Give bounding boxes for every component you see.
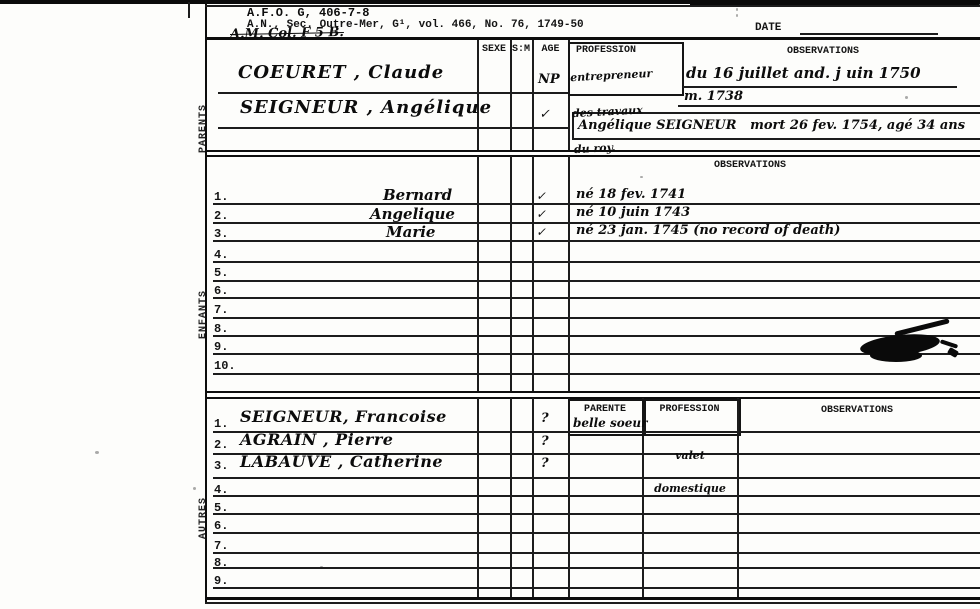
enfants-row-number: 1.: [214, 190, 228, 204]
autre-profession-value: valet domestique: [644, 428, 736, 516]
child-name: Angelique: [370, 205, 455, 223]
autre-name: AGRAIN , Pierre: [240, 430, 393, 449]
col-header-age: AGE: [533, 44, 568, 55]
row-line: [213, 261, 980, 263]
mother-observation: Angélique SEIGNEUR mort 26 fev. 1754, ag…: [578, 118, 965, 133]
row-line: [213, 477, 980, 479]
section-label-autres: AUTRES: [198, 497, 209, 539]
parents-obs-line2: [678, 105, 980, 107]
autre-age-mark: ?: [541, 411, 549, 426]
col-rule: [532, 156, 534, 391]
col-header-sexe: SEXE: [478, 44, 510, 55]
section-label-enfants: ENFANTS: [198, 290, 209, 339]
row-line: [213, 297, 980, 299]
mother-age-checkmark: ✓: [538, 107, 552, 122]
autres-row-number: 9.: [214, 574, 228, 588]
enfants-row-number: 6.: [214, 284, 228, 298]
autre-profession-line1: valet: [644, 450, 736, 461]
autre-parente-value: belle soeur: [573, 416, 647, 430]
scanned-record-card: A.F.O. G, 406-7-8 A.N., Sec. Outre-Mer, …: [0, 0, 980, 609]
child-checkmark: ✓: [536, 225, 549, 239]
col-rule: [568, 156, 570, 391]
child-observation: né 10 juin 1743: [576, 205, 690, 220]
autres-row-number: 2.: [214, 438, 228, 452]
enfants-row-number: 2.: [214, 209, 228, 223]
page-edge-tick: [188, 2, 190, 18]
father-profession-line1: entrepreneur: [570, 68, 653, 84]
autres-row-number: 7.: [214, 539, 228, 553]
child-checkmark: ✓: [536, 207, 549, 221]
autres-row-number: 3.: [214, 459, 228, 473]
col-header-profession-autres: PROFESSION: [642, 404, 737, 415]
parents-row1-line: [218, 92, 568, 94]
autres-row-number: 1.: [214, 417, 228, 431]
child-name: Bernard: [383, 186, 452, 204]
parents-obs-line1: [683, 86, 957, 88]
child-checkmark: ✓: [536, 189, 549, 203]
enfants-row-number: 9.: [214, 340, 228, 354]
enfants-row-number: 7.: [214, 303, 228, 317]
autres-row-number: 6.: [214, 519, 228, 533]
enfants-observations-header: OBSERVATIONS: [600, 160, 900, 171]
father-observation2: m. 1738: [684, 89, 743, 104]
ink-blot: [852, 315, 967, 370]
section-label-parents: PARENTS: [198, 104, 209, 153]
col-header-observations-autres: OBSERVATIONS: [747, 405, 967, 416]
col-header-parente: PARENTE: [568, 404, 642, 415]
enfants-row-number: 8.: [214, 322, 228, 336]
row-line: [213, 532, 980, 534]
col-rule: [532, 40, 534, 150]
enfants-row-number: 5.: [214, 266, 228, 280]
row-line: [213, 280, 980, 282]
archival-ref-line3-struck: A.M. Col. F 5 B.: [230, 25, 344, 42]
mother-name: SEIGNEUR , Angélique: [240, 97, 492, 118]
col-rule: [477, 156, 479, 391]
row-line: [213, 373, 980, 375]
form-bottom-border-b: [205, 602, 980, 604]
child-name: Marie: [386, 223, 435, 241]
autre-age-mark: ?: [541, 456, 549, 471]
row-line: [213, 587, 980, 589]
autre-age-mark: ?: [541, 434, 549, 449]
child-observation: né 23 jan. 1745 (no record of death): [576, 223, 840, 238]
enfants-row-number: 10.: [214, 359, 236, 373]
father-name: COEURET , Claude: [238, 62, 444, 83]
enfants-row-number: 4.: [214, 248, 228, 262]
date-blank-line: [800, 33, 938, 35]
autre-name: SEIGNEUR, Francoise: [240, 407, 447, 426]
form-bottom-border-a: [205, 597, 980, 600]
row-line: [213, 240, 980, 242]
autre-name: LABAUVE , Catherine: [240, 452, 443, 471]
autre-profession-line2: domestique: [644, 483, 736, 494]
parents-row2-line: [218, 127, 568, 129]
child-observation: né 18 fev. 1741: [576, 187, 686, 202]
father-age-value: NP: [538, 72, 560, 87]
row-line: [213, 552, 980, 554]
enfants-row-number: 3.: [214, 227, 228, 241]
father-profession-line3: du roy.: [574, 140, 657, 156]
col-rule: [510, 156, 512, 391]
col-rule: [477, 40, 479, 150]
row-line: [213, 567, 980, 569]
row-line: [213, 495, 980, 497]
enfants-autres-divider-a: [205, 391, 980, 393]
col-header-sm: S:M: [509, 44, 533, 55]
father-observation1: du 16 juillet and. j uin 1750: [686, 64, 921, 82]
archival-ref-line1: A.F.O. G, 406-7-8: [247, 6, 369, 20]
col-rule: [510, 40, 512, 150]
date-label: DATE: [755, 22, 781, 34]
row-line: [213, 513, 980, 515]
col-header-observations: OBSERVATIONS: [683, 46, 963, 57]
